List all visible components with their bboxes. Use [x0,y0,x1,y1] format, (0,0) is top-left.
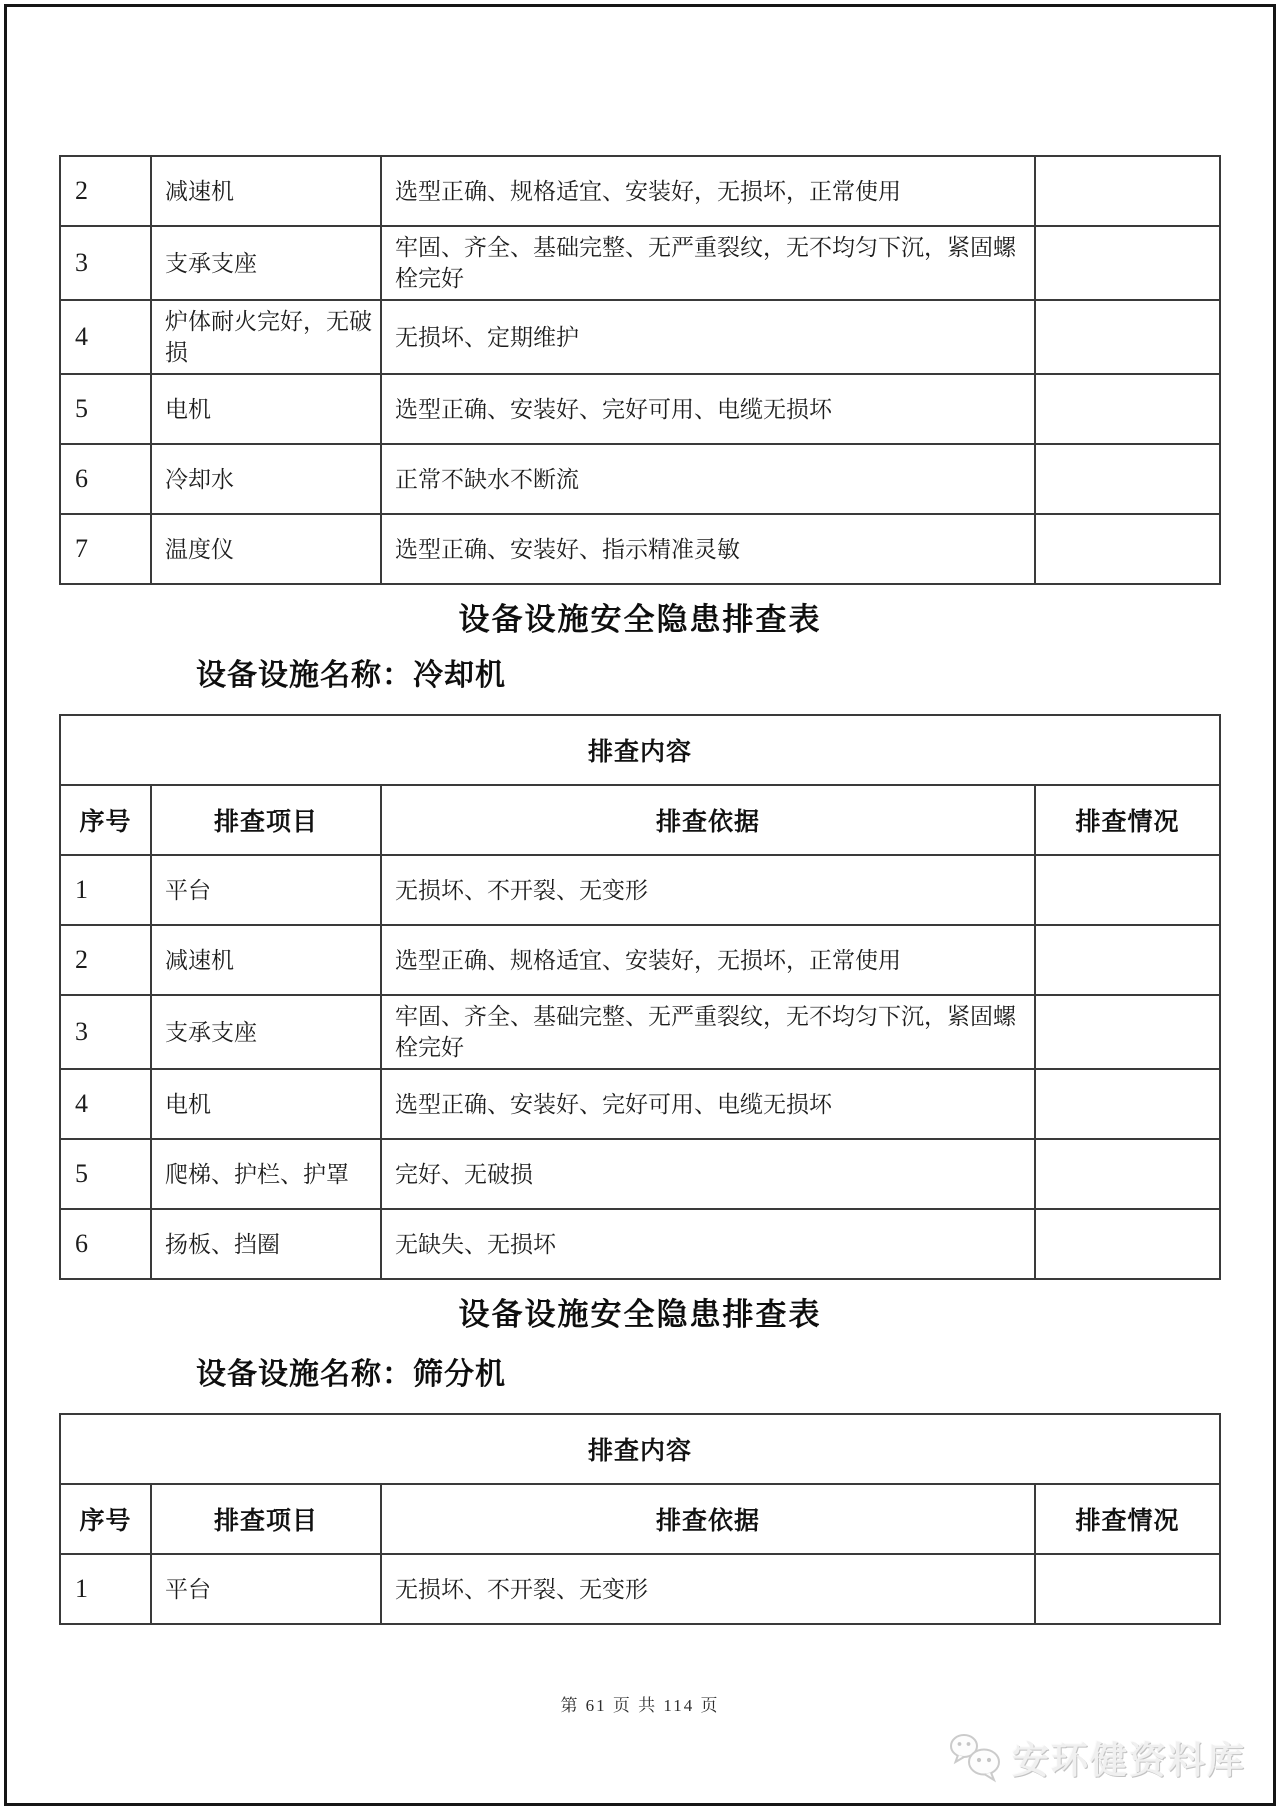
inspection-status-cell [1035,300,1220,374]
inspection-basis-cell: 无缺失、无损坏 [381,1209,1035,1279]
inspection-status-cell [1035,1209,1220,1279]
inspection-basis-cell: 无损坏、定期维护 [381,300,1035,374]
col-header-item: 排查项目 [151,1484,381,1554]
row-number-cell: 1 [60,855,151,925]
inspection-basis-cell: 选型正确、规格适宜、安装好，无损坏，正常使用 [381,925,1035,995]
inspection-basis-cell: 牢固、齐全、基础完整、无严重裂纹，无不均匀下沉，紧固螺栓完好 [381,226,1035,300]
row-number-cell: 2 [60,156,151,226]
table-row: 4 炉体耐火完好，无破损 无损坏、定期维护 [60,300,1220,374]
inspection-status-cell [1035,1554,1220,1624]
table-row: 4 电机 选型正确、安装好、完好可用、电缆无损坏 [60,1069,1220,1139]
inspection-basis-cell: 选型正确、安装好、完好可用、电缆无损坏 [381,1069,1035,1139]
inspection-item-cell: 电机 [151,1069,381,1139]
inspection-basis-cell: 无损坏、不开裂、无变形 [381,855,1035,925]
inspection-basis-cell: 正常不缺水不断流 [381,444,1035,514]
page-number: 第 61 页 共 114 页 [6,1691,1274,1716]
inspection-item-cell: 爬梯、护栏、护罩 [151,1139,381,1209]
inspection-item-cell: 支承支座 [151,995,381,1069]
spacer [6,696,1274,714]
wechat-chat-bubbles-icon [947,1731,1005,1783]
inspection-basis-cell: 选型正确、规格适宜、安装好，无损坏，正常使用 [381,156,1035,226]
inspection-status-cell [1035,514,1220,584]
section-title: 设备设施安全隐患排查表 [6,600,1274,640]
inspection-item-cell: 平台 [151,1554,381,1624]
inspection-item-cell: 减速机 [151,925,381,995]
table-row: 3 支承支座 牢固、齐全、基础完整、无严重裂纹，无不均匀下沉，紧固螺栓完好 [60,226,1220,300]
table-row: 6 扬板、挡圈 无缺失、无损坏 [60,1209,1220,1279]
inspection-table-continuation: 2 减速机 选型正确、规格适宜、安装好，无损坏，正常使用 3 支承支座 牢固、齐… [59,155,1221,585]
row-number-cell: 7 [60,514,151,584]
inspection-basis-cell: 无损坏、不开裂、无变形 [381,1554,1035,1624]
inspection-item-cell: 支承支座 [151,226,381,300]
col-header-status: 排查情况 [1035,785,1220,855]
inspection-status-cell [1035,855,1220,925]
inspection-item-cell: 减速机 [151,156,381,226]
inspection-item-cell: 温度仪 [151,514,381,584]
row-number-cell: 5 [60,1139,151,1209]
row-number-cell: 2 [60,925,151,995]
col-header-status: 排查情况 [1035,1484,1220,1554]
inspection-status-cell [1035,1069,1220,1139]
table-row: 6 冷却水 正常不缺水不断流 [60,444,1220,514]
inspection-status-cell [1035,374,1220,444]
inspection-basis-cell: 完好、无破损 [381,1139,1035,1209]
table-row: 7 温度仪 选型正确、安装好、指示精准灵敏 [60,514,1220,584]
col-header-no: 序号 [60,1484,151,1554]
inspection-basis-cell: 选型正确、安装好、指示精准灵敏 [381,514,1035,584]
inspection-status-cell [1035,156,1220,226]
inspection-status-cell [1035,1139,1220,1209]
row-number-cell: 5 [60,374,151,444]
inspection-status-cell [1035,995,1220,1069]
inspection-item-cell: 平台 [151,855,381,925]
table-header-row: 排查内容 [60,1414,1220,1484]
watermark-label: 安环健资料库 [1012,1730,1246,1784]
col-header-item: 排查项目 [151,785,381,855]
table-header-row: 序号 排查项目 排查依据 排查情况 [60,785,1220,855]
scanned-document-page: { "page": { "footer_text": "第 61 页 共 114… [0,0,1280,1810]
inspection-basis-cell: 选型正确、安装好、完好可用、电缆无损坏 [381,374,1035,444]
page-content: 2 减速机 选型正确、规格适宜、安装好，无损坏，正常使用 3 支承支座 牢固、齐… [6,6,1274,1716]
inspection-basis-cell: 牢固、齐全、基础完整、无严重裂纹，无不均匀下沉，紧固螺栓完好 [381,995,1035,1069]
table-row: 5 电机 选型正确、安装好、完好可用、电缆无损坏 [60,374,1220,444]
inspection-status-cell [1035,226,1220,300]
inspection-status-cell [1035,444,1220,514]
spacer [6,1395,1274,1413]
inspection-status-cell [1035,925,1220,995]
content-header-cell: 排查内容 [60,715,1220,785]
table-row: 3 支承支座 牢固、齐全、基础完整、无严重裂纹，无不均匀下沉，紧固螺栓完好 [60,995,1220,1069]
row-number-cell: 3 [60,226,151,300]
equipment-name-line: 设备设施名称：冷却机 [196,656,1274,696]
inspection-item-cell: 炉体耐火完好，无破损 [151,300,381,374]
inspection-table-cooler: 排查内容 序号 排查项目 排查依据 排查情况 1 平台 无损坏、不开裂、无变形 … [59,714,1221,1280]
row-number-cell: 6 [60,444,151,514]
table-row: 1 平台 无损坏、不开裂、无变形 [60,1554,1220,1624]
inspection-table-screener: 排查内容 序号 排查项目 排查依据 排查情况 1 平台 无损坏、不开裂、无变形 [59,1413,1221,1625]
row-number-cell: 3 [60,995,151,1069]
equipment-name-line: 设备设施名称：筛分机 [196,1355,1274,1395]
section-title: 设备设施安全隐患排查表 [6,1295,1274,1335]
col-header-no: 序号 [60,785,151,855]
content-header-cell: 排查内容 [60,1414,1220,1484]
table-row: 2 减速机 选型正确、规格适宜、安装好，无损坏，正常使用 [60,925,1220,995]
col-header-basis: 排查依据 [381,1484,1035,1554]
inspection-item-cell: 冷却水 [151,444,381,514]
table-row: 2 减速机 选型正确、规格适宜、安装好，无损坏，正常使用 [60,156,1220,226]
table-header-row: 排查内容 [60,715,1220,785]
inspection-item-cell: 扬板、挡圈 [151,1209,381,1279]
table-header-row: 序号 排查项目 排查依据 排查情况 [60,1484,1220,1554]
table-row: 5 爬梯、护栏、护罩 完好、无破损 [60,1139,1220,1209]
table-row: 1 平台 无损坏、不开裂、无变形 [60,855,1220,925]
row-number-cell: 6 [60,1209,151,1279]
inspection-item-cell: 电机 [151,374,381,444]
row-number-cell: 4 [60,300,151,374]
row-number-cell: 4 [60,1069,151,1139]
watermark: 安环健资料库 [947,1730,1246,1784]
col-header-basis: 排查依据 [381,785,1035,855]
row-number-cell: 1 [60,1554,151,1624]
